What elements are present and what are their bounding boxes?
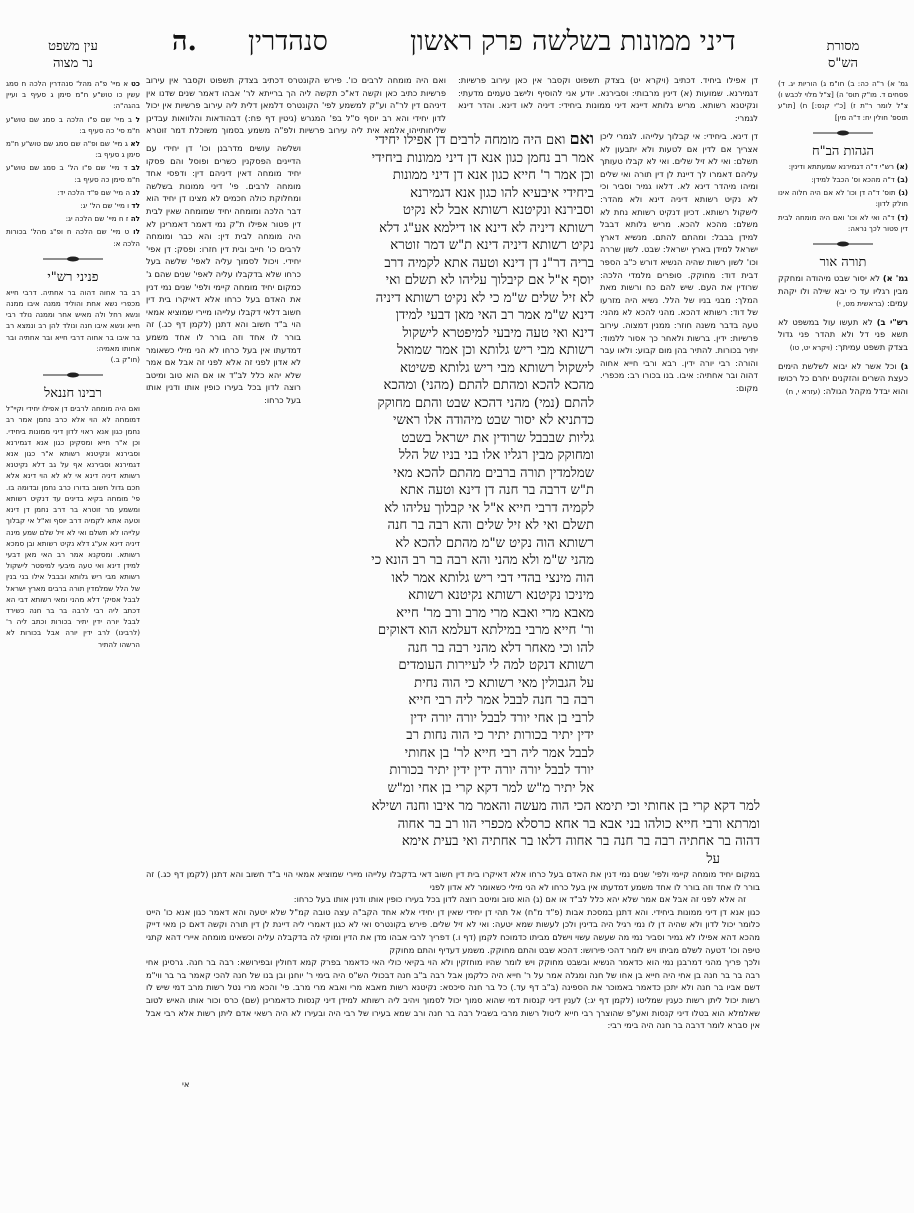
gemara-line: לא זיל שלים ש"מ כי לא נקיט רשותא דיניה [310,290,594,308]
rashi-column: דן דינא. ביחידי: אי קבלוך עלייהו. לגמרי … [600,130,758,394]
ein-mishpat-text: ב מיי' שם פ"ו הלכה ב סמג שם טוש"ע ח"מ סי… [6,115,140,135]
torah-or-mark: ג) [901,361,909,371]
masoret-title-line2: הש"ס [778,55,908,72]
hagahot-entry: (א) רש"י ד"ה דגמירנא שמעתתא ודינין: [778,161,908,172]
hagahot-list: (א) רש"י ד"ה דגמירנא שמעתתא ודינין: (ב) … [778,161,908,234]
gemara-line-text: ואם היה מומחה לרבים דן אפילו יחידי [375,133,565,148]
ein-mishpat-entry: לו ט מיי' שם הלכה ח ופ"ג מהל' בכורות הלכ… [6,226,140,248]
torah-or-title: תורה אור [778,254,908,270]
pninei-rashi-text: רב בר אחוה דהוה בר אחתיה. דרבי חייא מכפר… [6,287,140,354]
hagahot-mark: (ד) [897,213,908,222]
torah-or-mark: גמ' א) [883,273,908,283]
gemara-opening-word: ואם [570,129,594,148]
torah-or-entry: ג) וכל אשר לא יבוא לשלשת הימים כעצת השרי… [778,360,908,398]
ein-mishpat-text: ו מיי' שם הל' יג: [80,201,129,210]
hagahot-title: הגהות הב"ח [778,143,908,159]
ein-mishpat-text: ד מיי' שם פ"ו הל' ב סמג שם טוש"ע ח"מ סימ… [6,163,140,183]
gemara-line: ור' חייא מרבי במילתא דעלמא הוא דאוקים [310,622,594,640]
hagahot-text: ד"ה מהכא וס' הכבל למידן: [811,175,894,184]
folio-number: ה. [172,26,197,57]
ein-mishpat-mark: כט [131,79,140,88]
gemara-line: רבה בר חנה לבבל אמר ליה רבי חייא [310,692,594,710]
gemara-line: לישקול רשותא מבי ריש גלותא פשיטא [310,360,594,378]
tosafot-paragraph: זה אלא לפני זה אבל אם אמר שלא יהא כלל לב… [146,893,760,906]
gemara-line: הוה מינצי בהדי דבי ריש גלותא אמר לאו [310,570,594,588]
ein-mishpat-entry: לג ה מיי' שם פ"ד הלכה יד: [6,187,140,198]
gemara-line: דינא ש"מ אמר רב האי מאן דבעי למידן [310,307,594,325]
ein-mishpat-title: עין משפט נר מצוה [6,38,140,72]
torah-or-ref: (עזרא י, ח) [786,387,821,396]
rabbeinu-chananel-text: ואם היה מומחה לרבים דן אפילו יחידי וקיי"… [6,403,140,649]
gemara-line: מהני ש"מ ולא מהני והא רבה בר רב הונא כי [310,552,594,570]
gemara-line: לרבי בן אחי יורד לבבל יורה יורה ידין [310,710,594,728]
ein-mishpat-mark: ל [136,115,140,124]
hagahot-text: רש"י ד"ה דגמירנא שמעתתא ודינין: [789,162,894,171]
tosafot-top: ואם היה מומחה לרבים כו'. פירש הקונטרס דכ… [146,74,446,136]
tosafot-column: ושלשה עושים מדרבנן וכו' דן יחידי עם הדיי… [146,142,301,822]
torah-or-entry: גמ' א) לא יסור שבט מיהודה ומחקק מבין רגל… [778,272,908,310]
gemara-line: רשותא מבי ריש גלותא וכן אמר שמואל [310,342,594,360]
gemara-line: רשותא דיניה לא דינא או דילמא אע"ג דלא [310,220,594,238]
gemara-line: למר דקא קרי בן אחותי וכי תימא הכי הוה מע… [180,798,760,816]
tosafot-paragraph: ולכך פריך מהני דמרבנן נמי הוא כדאמר הנשי… [146,956,760,1032]
gemara-line: דהוה בר אחתיה רבה בר חנה בר אחוה דלאו בר… [180,833,760,851]
gemara-line: רשותא דנקט למה לי לעיירות העומדים [310,657,594,675]
gemara-line: בריה דר"נ דן דינא וטעה אתא לקמיה דרב [310,255,594,273]
hagahot-text: תוס' ד"ה דן וכו' לא אם היה חלוה אינו חול… [778,188,908,208]
ein-mishpat-text: ה מיי' שם פ"ד הלכה יד: [57,188,130,197]
ornament-divider-icon [43,255,103,263]
right-margin: מסורת הש"ס גמ' א) ר"ה כה: ב) חו"מ ג) הור… [778,38,908,399]
gemara-line: אמר רב נחמן כגון אנא דן דיני ממונות ביחי… [310,150,594,168]
gemara-line: ביחידי איבעיא להו כגון אנא דגמירנא [310,185,594,203]
masoret-title-line1: מסורת [778,38,908,55]
ein-mishpat-entry: כט א מיי' פ"ה מהל' סנהדרין הלכה ח סמג עש… [6,78,140,112]
tosafot-paragraph: כגון אנא דן דיני ממונות ביחידי. והא דתנן… [146,906,760,956]
gemara-line: רשותא הוה נקיט ש"מ מהתם להכא לא [310,535,594,553]
ein-mishpat-entry: לא ג מיי' שם ופ"ה שם סמג שם טוש"ע ח"מ סי… [6,138,140,160]
hagahot-entry: (ב) ד"ה מהכא וס' הכבל למידן: [778,174,908,185]
ein-mishpat-entry: לה ז ח מיי' שם הלכה יג: [6,213,140,224]
rashi-top: דן אפילו ביחיד. דכתיב (ויקרא יט) בצדק תש… [458,74,758,124]
gemara-line: תשלם ואי לא זיל שלים והא רבה בר חנה [310,517,594,535]
tosafot-bottom: במקום יחיד מומחה קיימי ולפי' שנים נמי דנ… [146,868,760,1032]
torah-or-ref: (בראשית מט, י) [836,299,884,308]
gemara-line: מיניכו נקיטנא רשותא נקיטנא רשותא [310,587,594,605]
left-margin: עין משפט נר מצוה כט א מיי' פ"ה מהל' סנהד… [6,38,140,650]
ein-mishpat-mark: לב [131,163,140,172]
gemara-line: ת"ש דרבה בר חנה דן דינא וטעה אתא [310,482,594,500]
gemara-line: להו וכי מאחר דלא מהני רבה בר חנה [310,640,594,658]
tosafot-paragraph: במקום יחיד מומחה קיימי ולפי' שנים נמי דנ… [146,868,760,893]
ein-mishpat-entry: ל ב מיי' שם פ"ו הלכה ב סמג שם טוש"ע ח"מ … [6,114,140,136]
ein-mishpat-mark: לד [131,201,140,210]
gemara-line: גליות שבבבל שרודין את ישראל בשבט [310,430,594,448]
gemara-line: ואם ואם היה מומחה לרבים דן אפילו יחידי [310,130,594,150]
gemara-line: אל יתיר מ"ש למר דקא קרי בן אחי ומ"ש [310,780,594,798]
header-chapter: פרק ראשון [410,26,523,57]
gemara-line: ומחוקק מבין רגליו אלו בני בניו של הלל [310,447,594,465]
gemara-line: דינא ואי טעה מיבעי למיפטרא לישקול [310,325,594,343]
torah-or-entry: רש"י ב) לא תעשו עול במשפט לא תשא פני דל … [778,316,908,354]
torah-or-mark: רש"י ב) [877,317,908,327]
header-tractate: סנהדרין [248,26,328,57]
hagahot-entry: (ג) תוס' ד"ה דן וכו' לא אם היה חלוה אינו… [778,187,908,209]
gemara-line: ידין יתיר בכורות יתיר כי הוה נחות רב [310,727,594,745]
pninei-rashi-ref: (חו"ק ב.) [6,354,140,365]
gemara-line: נקיט רשותא דיניה דינא ת"ש דמר זוטרא [310,237,594,255]
gemara-line: כדתניא לא יסור שבט מיהודה אלו ראשי [310,412,594,430]
gemara-line: מהכא להכא ומהתם להתם (מהני) ומהכא [310,377,594,395]
gemara-line: על הגבולין מאי רשותא כי הוה נחית [310,675,594,693]
ein-mishpat-entry: לד ו מיי' שם הל' יג: [6,200,140,211]
ein-mishpat-text: א מיי' פ"ה מהל' סנהדרין הלכה ח סמג עשין … [6,79,140,110]
ein-mishpat-mark: לה [131,214,140,223]
ornament-divider-icon [813,129,873,137]
hagahot-text: ד"ה ואי לא וכו' ואם היה מומחה לבית דין פ… [778,213,908,233]
pninei-rashi-title: פניני רש"י [6,269,140,285]
catchword: אי [182,1078,189,1091]
header-right-title: דיני ממונות בשלשה [532,26,736,57]
ein-mishpat-mark: לא [130,139,140,148]
gemara-line: להתם (נמי) מהני דהכא שבט והתם מחוקק [310,395,594,413]
gemara-line: יורד לבבל יורה יורה ידין ידין יתיר בכורו… [310,762,594,780]
gemara-line: יוסף א"ל אם קיבלוך עליהו לא תשלם ואי [310,272,594,290]
ein-mishpat-text: ג מיי' שם ופ"ה שם סמג שם טוש"ע ח"מ סימן … [6,139,140,159]
ein-mishpat-list: כט א מיי' פ"ה מהל' סנהדרין הלכה ח סמג עש… [6,78,140,249]
ein-mishpat-mark: לו [133,227,140,236]
ein-mishpat-title-line2: נר מצוה [6,55,140,72]
ein-mishpat-text: ז ח מיי' שם הלכה יג: [66,214,129,223]
gemara-text: ואם ואם היה מומחה לרבים דן אפילו יחידי א… [310,130,594,797]
rabbeinu-chananel-title: רבינו חננאל [6,385,140,401]
ein-mishpat-title-line1: עין משפט [6,38,140,55]
ein-mishpat-entry: לב ד מיי' שם פ"ו הל' ב סמג שם טוש"ע ח"מ … [6,162,140,184]
ornament-divider-icon [813,240,873,248]
gemara-line: וכן אמר ר' חייא כגון אנא דן דיני ממונות [310,167,594,185]
masoret-title: מסורת הש"ס [778,38,908,72]
hagahot-entry: (ד) ד"ה ואי לא וכו' ואם היה מומחה לבית ד… [778,212,908,234]
gemara-line: שמלמדין תורה ברבים מהתם להכא מאי [310,465,594,483]
gemara-line: לבבל אמר ליה רבי חייא לר' בן אחותי [310,745,594,763]
ornament-divider-icon [43,371,103,379]
gemara-line: מאבא מרי ואבא מרי מרב ורב מר' חייא [310,605,594,623]
hagahot-mark: (א) [896,162,908,171]
torah-or-ref: (ויקרא יט, טו) [790,343,833,352]
masoret-text: גמ' א) ר"ה כה: ב) חו"מ ג) הוריות יג. ד) … [778,78,908,123]
hagahot-mark: (ב) [897,175,908,184]
gemara-line: על [180,851,760,869]
ein-mishpat-mark: לג [132,188,140,197]
gemara-text-wide: למר דקא קרי בן אחותי וכי תימא הכי הוה מע… [180,798,760,868]
hagahot-mark: (ג) [898,188,908,197]
gemara-line: ומרתא ורבי חייא כולהו בני אבא בר אחא כרס… [180,816,760,834]
torah-or-list: גמ' א) לא יסור שבט מיהודה ומחקק מבין רגל… [778,272,908,397]
gemara-line: וסבירנא ונקיטנא רשותא אבל לא נקיט [310,202,594,220]
gemara-line: לקמיה דרבי חייא א"ל אי קבלוך עליהו לא [310,500,594,518]
ein-mishpat-text: ט מיי' שם הלכה ח ופ"ג מהל' בכורות הלכה א… [6,227,140,247]
